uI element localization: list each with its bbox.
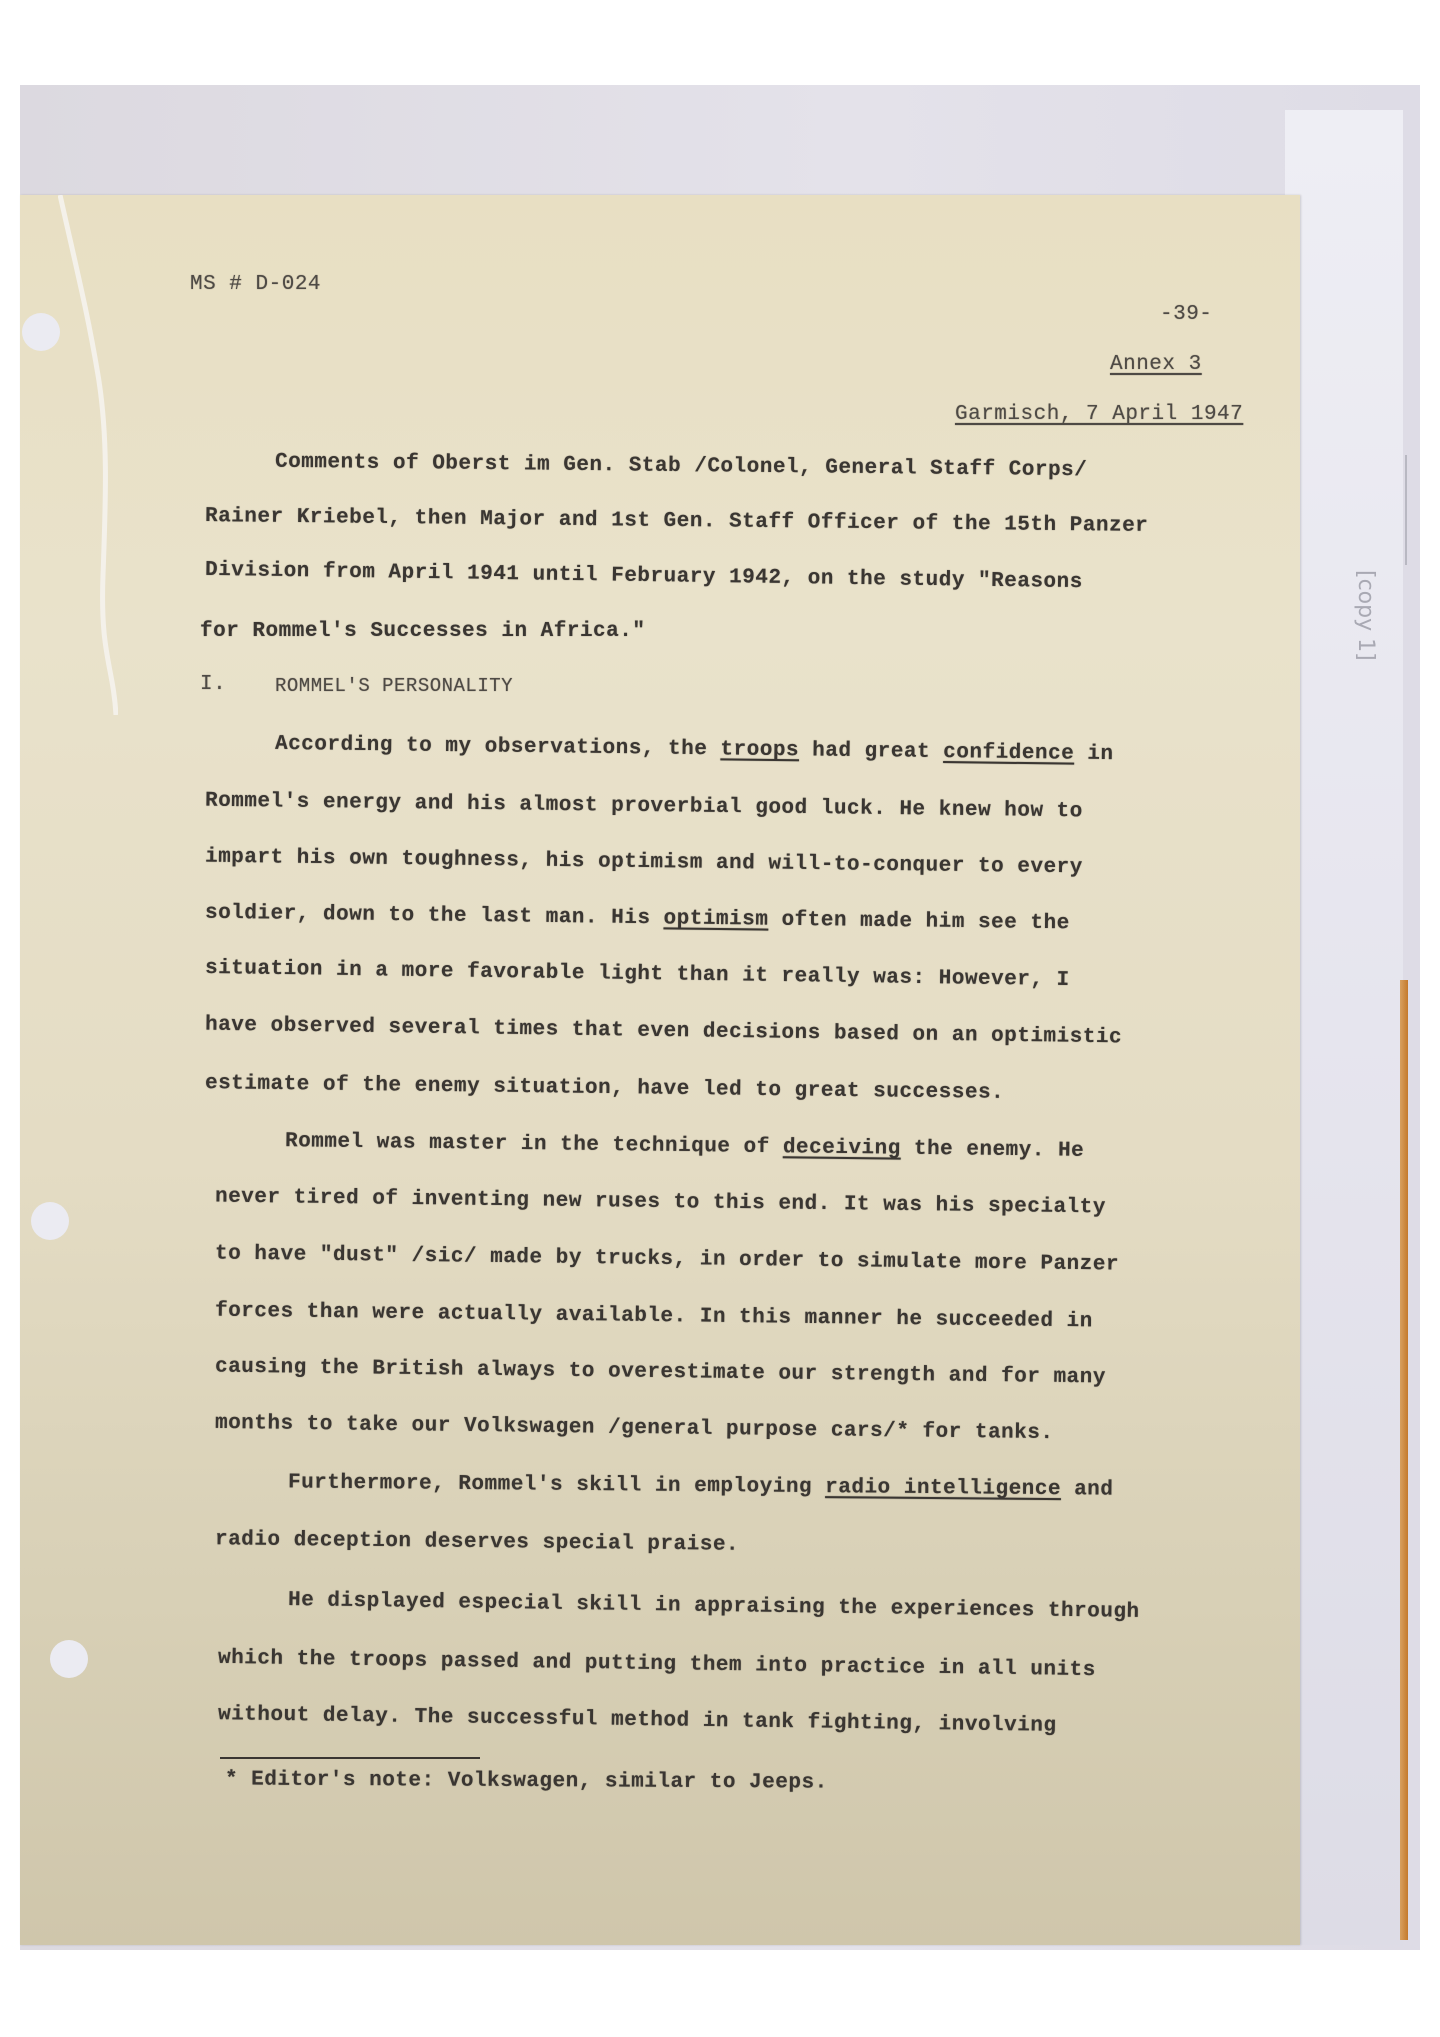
paragraph-line: have observed several times that even de… xyxy=(205,1014,1122,1050)
page-number: -39- xyxy=(1160,303,1212,326)
intro-line: Rainer Kriebel, then Major and 1st Gen. … xyxy=(205,505,1149,538)
paragraph-line: radio deception deserves special praise. xyxy=(215,1528,739,1556)
paragraph-line: never tired of inventing new ruses to th… xyxy=(215,1186,1106,1220)
paragraph-line: forces than were actually available. In … xyxy=(215,1300,1093,1334)
paragraph-line: months to take our Volkswagen /general p… xyxy=(215,1412,1054,1445)
paragraph-line: He displayed especial skill in appraisin… xyxy=(288,1589,1140,1624)
section-heading: ROMMEL'S PERSONALITY xyxy=(275,675,513,697)
paragraph-line: to have "dust" /sic/ made by trucks, in … xyxy=(215,1242,1119,1276)
typewritten-page: MS # D-024 -39- Annex 3 Garmisch, 7 Apri… xyxy=(20,195,1300,1945)
intro-line: Comments of Oberst im Gen. Stab /Colonel… xyxy=(275,451,1088,483)
pencil-mark xyxy=(1405,455,1407,565)
footnote: * Editor's note: Volkswagen, similar to … xyxy=(225,1768,828,1794)
intro-line: Division from April 1941 until February … xyxy=(205,559,1083,594)
backing-sheet xyxy=(1285,110,1403,1945)
paragraph-line: causing the British always to overestima… xyxy=(215,1356,1106,1390)
place-date: Garmisch, 7 April 1947 xyxy=(955,403,1243,426)
punch-hole xyxy=(22,313,60,351)
paragraph-line: According to my observations, the troops… xyxy=(275,733,1114,766)
paragraph-line: which the troops passed and putting them… xyxy=(218,1647,1096,1682)
margin-handwriting: [copy 1] xyxy=(1353,570,1378,661)
backing-edge xyxy=(1400,980,1408,1940)
punch-hole xyxy=(31,1202,69,1240)
paragraph-line: situation in a more favorable light than… xyxy=(205,957,1070,992)
section-number: I. xyxy=(200,673,226,696)
paragraph-line: without delay. The successful method in … xyxy=(218,1703,1057,1738)
annex-label: Annex 3 xyxy=(1110,353,1202,376)
paper-tear-icon xyxy=(58,195,118,715)
ms-number: MS # D-024 xyxy=(190,273,321,296)
paragraph-line: soldier, down to the last man. His optim… xyxy=(205,902,1070,936)
paragraph-line: Rommel was master in the technique of de… xyxy=(285,1130,1084,1163)
footnote-rule xyxy=(220,1757,480,1759)
paragraph-line: estimate of the enemy situation, have le… xyxy=(205,1072,1004,1105)
punch-hole xyxy=(50,1640,88,1678)
paragraph-line: Furthermore, Rommel's skill in employing… xyxy=(288,1471,1114,1501)
intro-line: for Rommel's Successes in Africa." xyxy=(200,620,645,643)
paragraph-line: Rommel's energy and his almost proverbia… xyxy=(205,790,1083,824)
paragraph-line: impart his own toughness, his optimism a… xyxy=(205,846,1083,880)
